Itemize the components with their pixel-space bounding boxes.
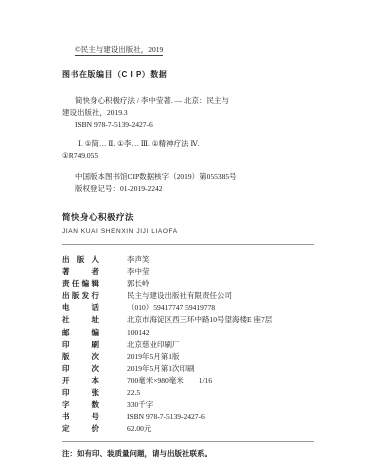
colophon-row-value: 100142	[127, 327, 314, 339]
colophon-row: 邮编100142	[62, 327, 314, 339]
colophon-row: 字数330千字	[62, 399, 314, 411]
cip-record-line: 中国版本图书馆CIP数据核字（2019）第055385号	[62, 171, 314, 183]
colophon-row: 印刷北京慈业印刷厂	[62, 339, 314, 351]
colophon-row-label: 出版发行	[62, 290, 99, 302]
cip-heading: 图书在版编目（C I P）数据	[62, 69, 314, 81]
colophon-row-value: 700毫米×980毫米 1/16	[127, 375, 314, 387]
title-block: 简快身心积极疗法 JIAN KUAI SHENXIN JIJI LIAOFA	[62, 211, 314, 238]
colophon-row: 开本700毫米×980毫米 1/16	[62, 375, 314, 387]
colophon-row-label: 印刷	[62, 339, 99, 351]
colophon-row-value: 北京市海淀区西三环中路10号望海楼E 座7层	[127, 314, 314, 326]
copyright-registration-line: 版权登记号：01-2019-2242	[62, 183, 314, 195]
colophon-row-value: 北京慈业印刷厂	[127, 339, 314, 351]
colophon-row: 书号ISBN 978-7-5139-2427-6	[62, 411, 314, 423]
colophon-row-value: （010）59417747 59419778	[127, 302, 314, 314]
cip-isbn-line: ISBN 978-7-5139-2427-6	[62, 119, 314, 131]
colophon-row: 出版人李声笑	[62, 254, 314, 266]
colophon-row-value: 2019年5月第1次印刷	[127, 363, 314, 375]
colophon-row-label: 字数	[62, 399, 99, 411]
colophon-row-label: 版次	[62, 351, 99, 363]
colophon-row-label: 开本	[62, 375, 99, 387]
colophon-row-label: 著者	[62, 266, 99, 278]
colophon-row-value: 李中莹	[127, 266, 314, 278]
colophon-row-value: 330千字	[127, 399, 314, 411]
cip-classification-line: ①R749.055	[62, 150, 314, 162]
colophon-row: 出版发行民主与建设出版社有限责任公司	[62, 290, 314, 302]
colophon-row: 社址北京市海淀区西三环中路10号望海楼E 座7层	[62, 314, 314, 326]
page-content: ©民主与建设出版社，2019 图书在版编目（C I P）数据 简快身心积极疗法 …	[62, 44, 314, 460]
colophon-row-value: 62.00元	[127, 423, 314, 435]
colophon-row-label: 责任编辑	[62, 278, 99, 290]
colophon-row-label: 书号	[62, 411, 99, 423]
colophon-row-label: 印张	[62, 387, 99, 399]
colophon-row-label: 邮编	[62, 327, 99, 339]
colophon-row-label: 印次	[62, 363, 99, 375]
cip-classification-line: Ⅰ. ①简… Ⅱ. ①李… Ⅲ. ①精神疗法 Ⅳ.	[62, 138, 314, 150]
colophon-row-value: 郭长岭	[127, 278, 314, 290]
colophon-row-value: 李声笑	[127, 254, 314, 266]
colophon-row-label: 社址	[62, 314, 99, 326]
colophon-row-label: 出版人	[62, 254, 99, 266]
cip-entry-line: 简快身心积极疗法 / 李中莹著. — 北京：民主与	[62, 95, 314, 107]
colophon-row-value: 民主与建设出版社有限责任公司	[127, 290, 314, 302]
copyright-notice-text: ©民主与建设出版社，2019	[75, 45, 163, 56]
divider	[62, 244, 314, 245]
colophon-table: 出版人李声笑著者李中莹责任编辑郭长岭出版发行民主与建设出版社有限责任公司电话（0…	[62, 254, 314, 435]
colophon-row: 电话（010）59417747 59419778	[62, 302, 314, 314]
quality-note: 注：如有印、装质量问题，请与出版社联系。	[62, 448, 314, 460]
book-copyright-page: ©民主与建设出版社，2019 图书在版编目（C I P）数据 简快身心积极疗法 …	[0, 0, 375, 469]
colophon-row-label: 定价	[62, 423, 99, 435]
colophon-row: 责任编辑郭长岭	[62, 278, 314, 290]
colophon-row: 版次2019年5月第1版	[62, 351, 314, 363]
colophon-row-value: 22.5	[127, 387, 314, 399]
colophon-row-value: ISBN 978-7-5139-2427-6	[127, 411, 314, 423]
book-title-pinyin: JIAN KUAI SHENXIN JIJI LIAOFA	[62, 226, 314, 238]
colophon-row: 印张22.5	[62, 387, 314, 399]
colophon-row: 定价62.00元	[62, 423, 314, 435]
book-title: 简快身心积极疗法	[62, 211, 314, 223]
divider	[62, 441, 314, 442]
copyright-notice: ©民主与建设出版社，2019	[62, 44, 314, 56]
colophon-row-value: 2019年5月第1版	[127, 351, 314, 363]
colophon-row-label: 电话	[62, 302, 99, 314]
colophon-row: 著者李中莹	[62, 266, 314, 278]
cip-entry-line: 建设出版社，2019.3	[62, 107, 314, 119]
colophon-row: 印次2019年5月第1次印刷	[62, 363, 314, 375]
